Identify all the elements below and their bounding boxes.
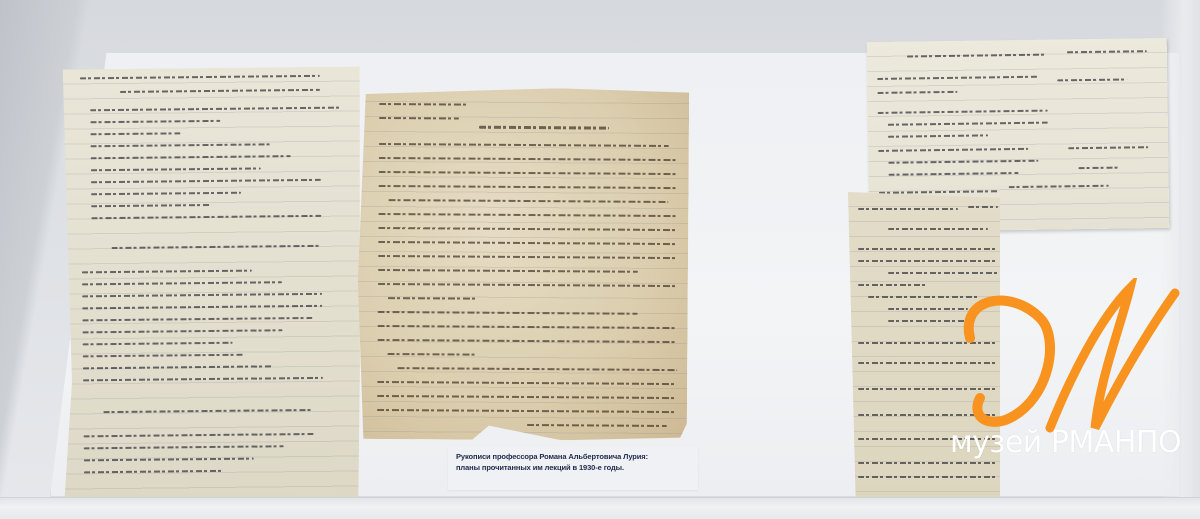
manuscript-left [60, 66, 365, 503]
museum-watermark-label: музей РМАНПО [950, 425, 1181, 460]
handwriting-date [968, 206, 998, 208]
caption-line-2: планы прочитанных им лекций в 1930-е год… [456, 463, 624, 472]
handwriting-line [858, 260, 998, 262]
manuscript-center [357, 87, 689, 441]
handwriting-line [858, 476, 998, 478]
museum-monogram-icon [950, 278, 1180, 438]
handwriting-line [888, 228, 988, 230]
handwriting-line [858, 248, 998, 250]
caption-line-1: Рукописи профессора Романа Альбертовича … [456, 452, 648, 461]
handwriting-line [858, 462, 998, 464]
ruled-lines [357, 87, 689, 441]
handwriting-line [888, 272, 998, 274]
handwriting-title [858, 208, 958, 210]
exhibit-caption-card: Рукописи профессора Романа Альбертовича … [448, 446, 698, 490]
display-case-front-lip [0, 497, 1200, 519]
handwriting-line [858, 284, 928, 286]
